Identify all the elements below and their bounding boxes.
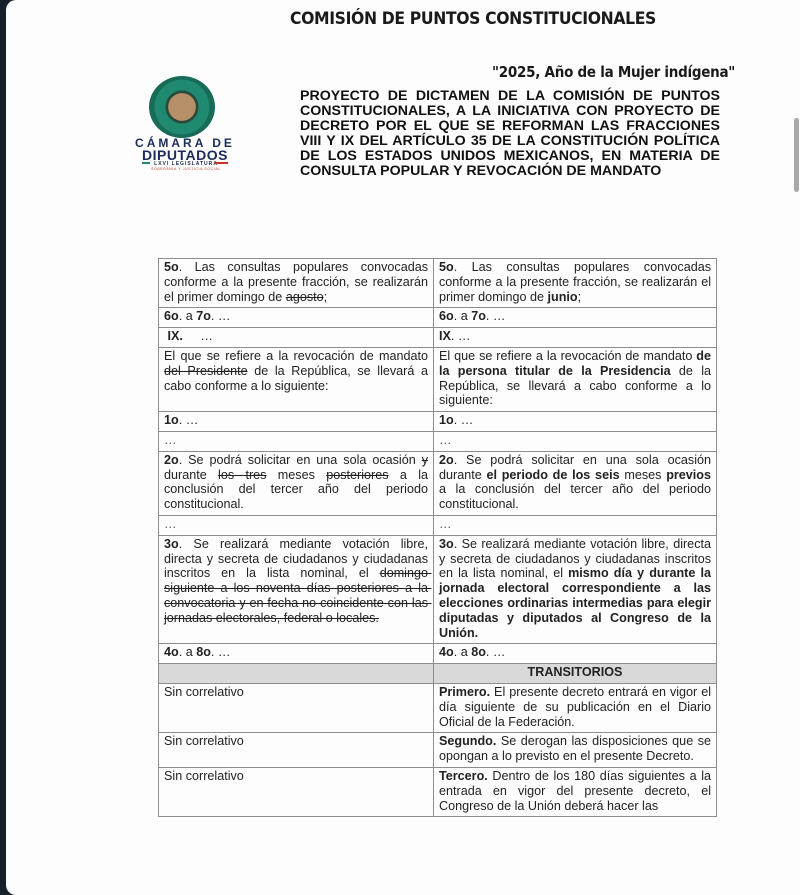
table-row: 2o. Se podrá solicitar en una sola ocasi…: [159, 451, 717, 515]
current-text-cell: 3o. Se realizará mediante votación libre…: [159, 535, 434, 644]
cell-text: …: [183, 329, 213, 343]
cell-text: . a: [454, 645, 472, 659]
table-row: IX. …IX. …: [159, 328, 717, 348]
cell-text: . …: [454, 413, 474, 427]
proposed-text-cell: 1o. …: [434, 412, 717, 432]
comparison-table: 5o. Las consultas populares convocadas c…: [158, 258, 717, 817]
current-text-cell: 5o. Las consultas populares convocadas c…: [159, 259, 434, 308]
cell-text: . …: [179, 413, 199, 427]
proposed-text-cell: …: [434, 431, 717, 451]
table-row: 6o. a 7o. …6o. a 7o. …: [159, 308, 717, 328]
proposed-text-cell: 4o. a 8o. …: [434, 644, 717, 664]
logo-flag-bar-red: [214, 162, 228, 164]
added-text: 5o: [439, 260, 454, 274]
added-text: el periodo de los seis: [486, 468, 619, 482]
current-text-cell: …: [159, 431, 434, 451]
table-row: ……: [159, 431, 717, 451]
added-text: 3o: [439, 537, 454, 551]
cell-text: …: [164, 433, 177, 447]
added-text: 5o: [164, 260, 179, 274]
proposed-text-cell: 3o. Se realizará mediante votación libre…: [434, 535, 717, 644]
cell-text: …: [164, 517, 177, 531]
current-text-cell: 6o. a 7o. …: [159, 308, 434, 328]
cell-text: meses: [266, 468, 326, 482]
deleted-text: los tres: [218, 468, 266, 482]
added-text: 4o: [439, 645, 454, 659]
current-text-cell: Sin correlativo: [159, 683, 434, 732]
cell-text: . …: [211, 309, 231, 323]
added-text: 1o: [164, 413, 179, 427]
transitorio-label: Tercero.: [439, 769, 488, 783]
cell-text: . a: [179, 645, 197, 659]
added-text: 6o: [164, 309, 179, 323]
proposed-text-cell: Tercero. Dentro de los 180 días siguient…: [434, 767, 717, 816]
cell-text: . Se podrá solicitar en una sola ocasión: [179, 453, 422, 467]
added-text: 6o: [439, 309, 454, 323]
added-text: 4o: [164, 645, 179, 659]
cell-text: El que se refiere a la revocación de man…: [439, 349, 696, 363]
comparison-table-body: 5o. Las consultas populares convocadas c…: [159, 259, 717, 817]
transitorio-label: Segundo.: [439, 734, 496, 748]
proposed-text-cell: Segundo. Se derogan las disposiciones qu…: [434, 733, 717, 768]
added-text: previos: [666, 468, 711, 482]
deleted-text: posteriores: [326, 468, 388, 482]
added-text: 8o: [471, 645, 486, 659]
table-row: 4o. a 8o. …4o. a 8o. …: [159, 644, 717, 664]
current-text-cell: El que se refiere a la revocación de man…: [159, 347, 434, 411]
cell-text: . a: [454, 309, 472, 323]
added-text: IX: [439, 329, 451, 343]
proposed-text-cell: El que se refiere a la revocación de man…: [434, 347, 717, 411]
proposed-text-cell: 6o. a 7o. …: [434, 308, 717, 328]
cell-text: …: [439, 517, 452, 531]
proposed-text-cell: …: [434, 515, 717, 535]
transitorio-row: Sin correlativoTercero. Dentro de los 18…: [159, 767, 717, 816]
camara-de-diputados-logo: CÁMARA DE DIPUTADOS LXVI LEGISLATURA SOB…: [128, 74, 238, 174]
transitorios-header-row: TRANSITORIOS: [159, 664, 717, 684]
cell-text: . …: [211, 645, 231, 659]
year-motto: "2025, Año de la Mujer indígena": [492, 63, 735, 81]
chamber-seal-icon: [149, 76, 215, 138]
deleted-text: agosto: [286, 290, 324, 304]
added-text: IX.: [164, 329, 183, 343]
cell-text: . …: [451, 329, 471, 343]
transitorio-row: Sin correlativoPrimero. El presente decr…: [159, 683, 717, 732]
logo-text-motto: SOBERANÍA Y JUSTICIA SOCIAL: [146, 167, 226, 171]
added-text: 7o: [196, 309, 211, 323]
table-row: 5o. Las consultas populares convocadas c…: [159, 259, 717, 308]
proposed-text-cell: 5o. Las consultas populares convocadas c…: [434, 259, 717, 308]
current-text-cell: 2o. Se podrá solicitar en una sola ocasi…: [159, 451, 434, 515]
table-row: 1o. …1o. …: [159, 412, 717, 432]
cell-text: . …: [486, 645, 506, 659]
deleted-text: del Presidente: [164, 364, 248, 378]
document-page: COMISIÓN DE PUNTOS CONSTITUCIONALES "202…: [6, 0, 800, 895]
added-text: 8o: [196, 645, 211, 659]
cell-text: . a: [179, 309, 197, 323]
table-row: El que se refiere a la revocación de man…: [159, 347, 717, 411]
table-row: ……: [159, 515, 717, 535]
transitorios-header: TRANSITORIOS: [434, 664, 717, 684]
cell-text: meses: [620, 468, 667, 482]
transitorios-header-empty-cell: [159, 664, 434, 684]
current-text-cell: Sin correlativo: [159, 767, 434, 816]
current-text-cell: 4o. a 8o. …: [159, 644, 434, 664]
cell-text: ;: [578, 290, 582, 304]
current-text-cell: …: [159, 515, 434, 535]
added-text: 2o: [164, 453, 179, 467]
dictamen-title: PROYECTO DE DICTAMEN DE LA COMISIÓN DE P…: [300, 89, 720, 179]
cell-text: . …: [486, 309, 506, 323]
added-text: 2o: [439, 453, 454, 467]
commission-title: COMISIÓN DE PUNTOS CONSTITUCIONALES: [290, 9, 656, 29]
cell-text: ;: [324, 290, 328, 304]
added-text: junio: [548, 290, 578, 304]
proposed-text-cell: 2o. Se podrá solicitar en una sola ocasi…: [434, 451, 717, 515]
scrollbar-thumb[interactable]: [794, 118, 799, 192]
table-row: 3o. Se realizará mediante votación libre…: [159, 535, 717, 644]
transitorio-row: Sin correlativoSegundo. Se derogan las d…: [159, 733, 717, 768]
added-text: 7o: [471, 309, 486, 323]
current-text-cell: 1o. …: [159, 412, 434, 432]
cell-text: El que se refiere a la revocación de man…: [164, 349, 431, 363]
added-text: 3o: [164, 537, 179, 551]
transitorio-label: Primero.: [439, 685, 490, 699]
cell-text: …: [439, 433, 452, 447]
added-text: 1o: [439, 413, 454, 427]
current-text-cell: IX. …: [159, 328, 434, 348]
current-text-cell: Sin correlativo: [159, 733, 434, 768]
proposed-text-cell: IX. …: [434, 328, 717, 348]
proposed-text-cell: Primero. El presente decreto entrará en …: [434, 683, 717, 732]
